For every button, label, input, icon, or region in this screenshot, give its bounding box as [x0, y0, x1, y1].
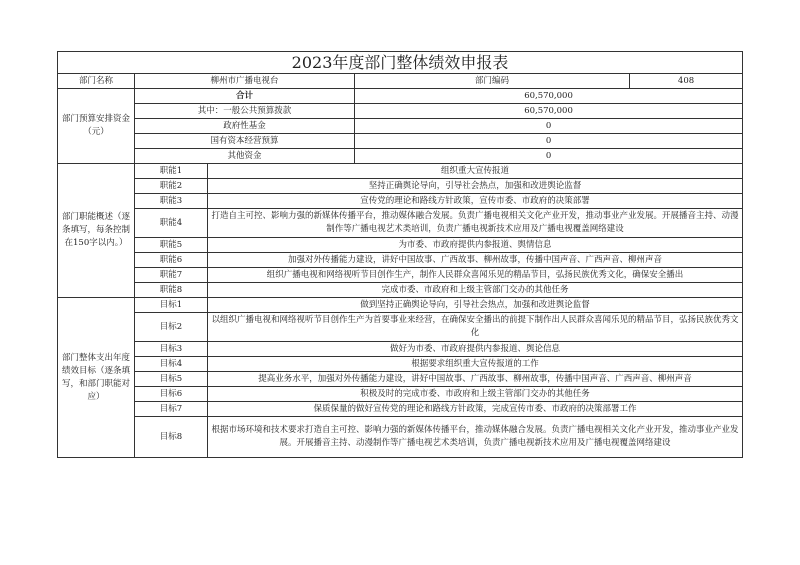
function-text[interactable]: 为市委、市政府提供内参报道、舆情信息: [208, 238, 743, 253]
goal-text[interactable]: 根据要求组织重大宣传报道的工作: [208, 357, 743, 372]
function-label: 职能7: [135, 268, 208, 283]
dept-code-label: 部门编码: [355, 74, 630, 89]
function-text[interactable]: 加强对外传播能力建设，讲好中国故事、广西故事、柳州故事，传播中国声音、广西声音、…: [208, 253, 743, 268]
function-text[interactable]: 打造自主可控、影响力强的新媒体传播平台，推动媒体融合发展。负责广播电视相关文化产…: [208, 209, 743, 238]
goal-label: 目标8: [135, 417, 208, 458]
functions-section-label: 部门职能概述（逐条填写，每条控制在150字以内。）: [58, 164, 135, 298]
goal-label: 目标7: [135, 402, 208, 417]
function-label: 职能5: [135, 238, 208, 253]
goal-text[interactable]: 做好为市委、市政府提供内参报道、舆论信息: [208, 342, 743, 357]
goal-text[interactable]: 以组织广播电视和网络视听节目创作生产为首要事业来经营，在确保安全播出的前提下制作…: [208, 313, 743, 342]
function-label: 职能2: [135, 179, 208, 194]
dept-name-label: 部门名称: [58, 74, 135, 89]
budget-state-capital-label: 国有资本经营预算: [135, 134, 355, 149]
function-text[interactable]: 组织广播电视和网络视听节目创作生产，制作人民群众喜闻乐见的精品节目，弘扬民族优秀…: [208, 268, 743, 283]
goal-text[interactable]: 积极及时的完成市委、市政府和上级主管部门交办的其他任务: [208, 387, 743, 402]
goal-label: 目标4: [135, 357, 208, 372]
budget-general-label: 其中：一般公共预算拨款: [135, 104, 355, 119]
budget-total-value[interactable]: 60,570,000: [355, 89, 743, 104]
dept-code-value[interactable]: 408: [630, 74, 743, 89]
function-label: 职能1: [135, 164, 208, 179]
goal-label: 目标5: [135, 372, 208, 387]
budget-total-label: 合计: [135, 89, 355, 104]
goals-section-label: 部门整体支出年度绩效目标（逐条填写，和部门职能对应）: [58, 298, 135, 458]
budget-state-capital-value[interactable]: 0: [355, 134, 743, 149]
function-text[interactable]: 完成市委、市政府和上级主管部门交办的其他任务: [208, 283, 743, 298]
function-label: 职能3: [135, 194, 208, 209]
goal-label: 目标2: [135, 313, 208, 342]
page-title: 2023年度部门整体绩效申报表: [58, 52, 743, 74]
goal-text[interactable]: 保质保量的做好宣传党的理论和路线方针政策，完成宣传市委、市政府的决策部署工作: [208, 402, 743, 417]
function-text[interactable]: 坚持正确舆论导向，引导社会热点，加强和改进舆论监督: [208, 179, 743, 194]
goal-label: 目标6: [135, 387, 208, 402]
budget-gov-fund-value[interactable]: 0: [355, 119, 743, 134]
function-text[interactable]: 宣传党的理论和路线方针政策，宣传市委、市政府的决策部署: [208, 194, 743, 209]
budget-section-label: 部门预算安排资金（元）: [58, 89, 135, 164]
goal-label: 目标1: [135, 298, 208, 313]
dept-name-value[interactable]: 柳州市广播电视台: [135, 74, 355, 89]
budget-other-label: 其他资金: [135, 149, 355, 164]
goal-text[interactable]: 根据市场环境和技术要求打造自主可控、影响力强的新媒体传播平台，推动媒体融合发展。…: [208, 417, 743, 458]
goal-label: 目标3: [135, 342, 208, 357]
performance-report-table: 2023年度部门整体绩效申报表 部门名称 柳州市广播电视台 部门编码 408 部…: [57, 51, 743, 458]
goal-text[interactable]: 提高业务水平，加强对外传播能力建设，讲好中国故事、广西故事、柳州故事，传播中国声…: [208, 372, 743, 387]
budget-other-value[interactable]: 0: [355, 149, 743, 164]
function-label: 职能4: [135, 209, 208, 238]
function-label: 职能6: [135, 253, 208, 268]
function-text[interactable]: 组织重大宣传报道: [208, 164, 743, 179]
goal-text[interactable]: 做到坚持正确舆论导向，引导社会热点，加强和改进舆论监督: [208, 298, 743, 313]
budget-general-value[interactable]: 60,570,000: [355, 104, 743, 119]
function-label: 职能8: [135, 283, 208, 298]
budget-gov-fund-label: 政府性基金: [135, 119, 355, 134]
